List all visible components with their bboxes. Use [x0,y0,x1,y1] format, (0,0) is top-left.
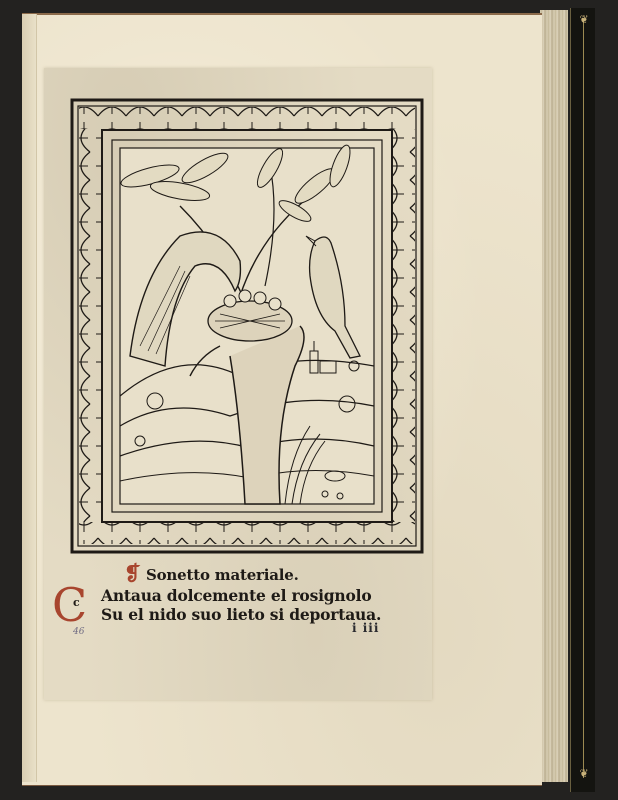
signature-mark: i iii [352,621,379,635]
gilt-fillet [583,18,584,778]
manuscript-folio-number: 46 [73,627,84,637]
woodcut-illustration [70,96,426,556]
guide-letter: c [73,596,80,609]
poem-heading: Sonetto materiale. [146,566,299,584]
woodcut-svg [70,96,426,556]
page-edges-stack [540,10,568,782]
rubric-pilcrow-icon: ❡ [124,563,141,583]
gutter-fold [22,14,37,782]
rubricated-initial: C [52,582,87,628]
gilt-corner-ornament-top-icon: ❦ [577,14,591,26]
verse-line-2: Su el nido suo lieto si deportaua. [101,605,381,624]
verse-line-1: Antaua dolcemente el rosignolo [101,586,371,605]
gilt-corner-ornament-bottom-icon: ❦ [577,768,591,780]
